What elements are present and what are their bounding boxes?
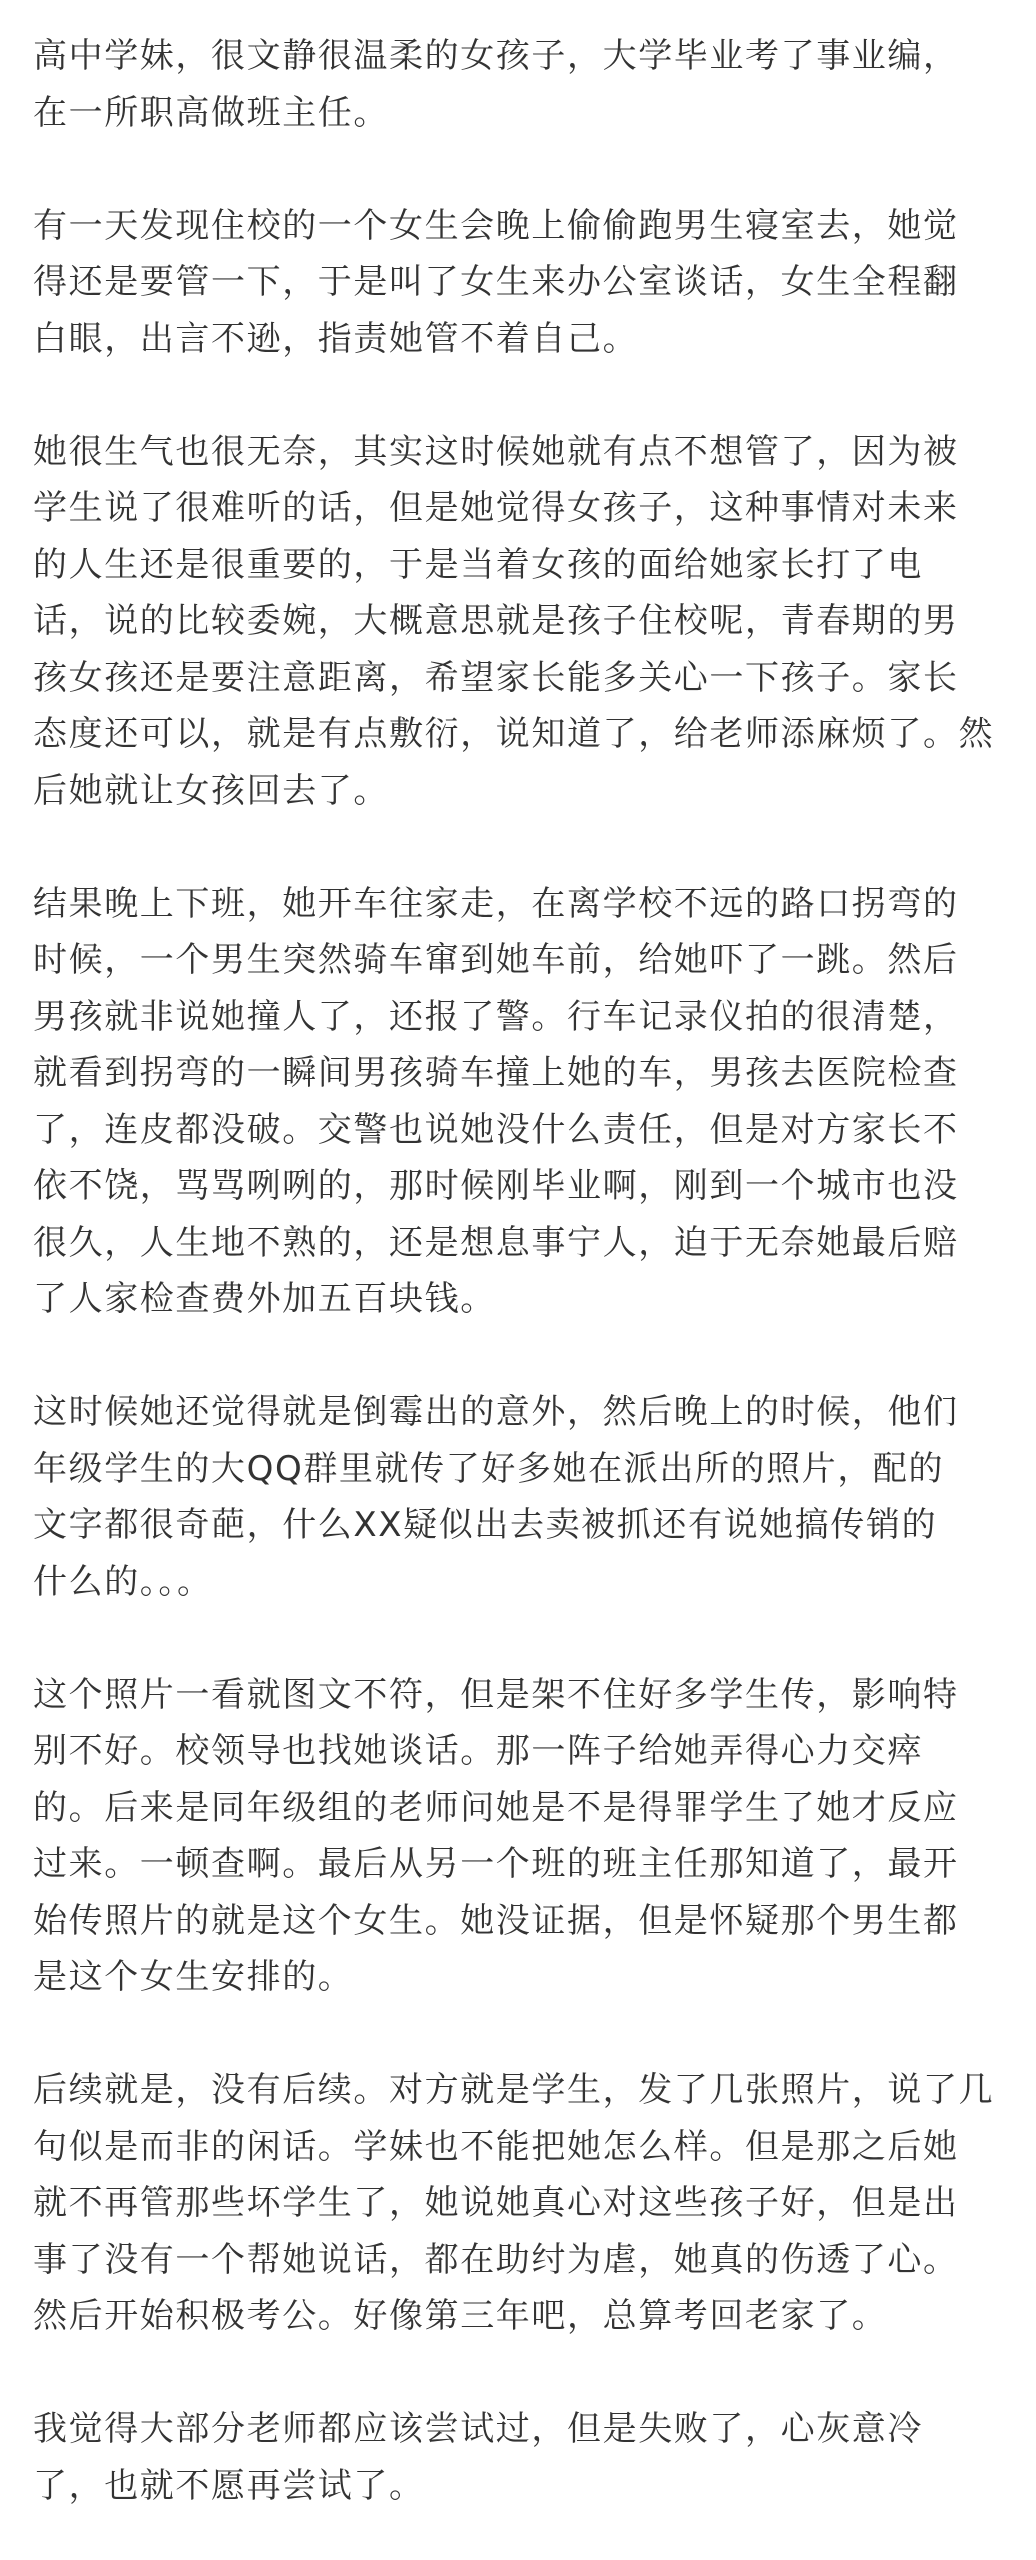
text-line: 话，说的比较委婉，大概意思就是孩子住校呢，青春期的男	[33, 593, 1023, 650]
text-line: 得还是要管一下，于是叫了女生来办公室谈话，女生全程翻	[33, 254, 1023, 311]
text-line: 后续就是，没有后续。对方就是学生，发了几张照片，说了几	[33, 2062, 1023, 2119]
text-line: 就看到拐弯的一瞬间男孩骑车撞上她的车，男孩去医院检查	[33, 1045, 1023, 1102]
text-line: 句似是而非的闲话。学妹也不能把她怎么样。但是那之后她	[33, 2119, 1023, 2176]
text-line: 有一天发现住校的一个女生会晚上偷偷跑男生寝室去，她觉	[33, 198, 1023, 255]
text-line: 就不再管那些坏学生了，她说她真心对这些孩子好，但是出	[33, 2175, 1023, 2232]
paragraph-7: 后续就是，没有后续。对方就是学生，发了几张照片，说了几 句似是而非的闲话。学妹也…	[33, 2062, 1023, 2345]
text-line: 结果晚上下班，她开车往家走，在离学校不远的路口拐弯的	[33, 876, 1023, 933]
paragraph-5: 这时候她还觉得就是倒霉出的意外，然后晚上的时候，他们 年级学生的大QQ群里就传了…	[33, 1384, 1023, 1610]
text-line: 过来。一顿查啊。最后从另一个班的班主任那知道了，最开	[33, 1836, 1023, 1893]
article-body: 高中学妹，很文静很温柔的女孩子，大学毕业考了事业编， 在一所职高做班主任。 有一…	[33, 28, 1023, 2514]
text-line: 文字都很奇葩，什么XX疑似出去卖被抓还有说她搞传销的	[33, 1497, 1023, 1554]
text-line: 时候，一个男生突然骑车窜到她车前，给她吓了一跳。然后	[33, 932, 1023, 989]
text-line: 白眼，出言不逊，指责她管不着自己。	[33, 311, 1023, 368]
text-line: 在一所职高做班主任。	[33, 85, 1023, 142]
text-line: 学生说了很难听的话，但是她觉得女孩子，这种事情对未来	[33, 480, 1023, 537]
text-line: 的。后来是同年级组的老师问她是不是得罪学生了她才反应	[33, 1780, 1023, 1837]
text-line: 别不好。校领导也找她谈话。那一阵子给她弄得心力交瘁	[33, 1723, 1023, 1780]
paragraph-3: 她很生气也很无奈，其实这时候她就有点不想管了，因为被 学生说了很难听的话，但是她…	[33, 424, 1023, 820]
text-line: 的人生还是很重要的，于是当着女孩的面给她家长打了电	[33, 537, 1023, 594]
text-line: 依不饶，骂骂咧咧的，那时候刚毕业啊，刚到一个城市也没	[33, 1158, 1023, 1215]
text-line: 我觉得大部分老师都应该尝试过，但是失败了，心灰意冷	[33, 2401, 1023, 2458]
text-line: 高中学妹，很文静很温柔的女孩子，大学毕业考了事业编，	[33, 28, 1023, 85]
text-line: 态度还可以，就是有点敷衍，说知道了，给老师添麻烦了。然	[33, 706, 1023, 763]
paragraph-4: 结果晚上下班，她开车往家走，在离学校不远的路口拐弯的 时候，一个男生突然骑车窜到…	[33, 876, 1023, 1328]
text-line: 孩女孩还是要注意距离，希望家长能多关心一下孩子。家长	[33, 650, 1023, 707]
paragraph-8: 我觉得大部分老师都应该尝试过，但是失败了，心灰意冷 了，也就不愿再尝试了。	[33, 2401, 1023, 2514]
text-line: 男孩就非说她撞人了，还报了警。行车记录仪拍的很清楚，	[33, 989, 1023, 1046]
text-line: 很久，人生地不熟的，还是想息事宁人，迫于无奈她最后赔	[33, 1215, 1023, 1272]
text-line: 事了没有一个帮她说话，都在助纣为虐，她真的伤透了心。	[33, 2232, 1023, 2289]
text-line: 了，连皮都没破。交警也说她没什么责任，但是对方家长不	[33, 1102, 1023, 1159]
text-line: 这个照片一看就图文不符，但是架不住好多学生传，影响特	[33, 1667, 1023, 1724]
paragraph-2: 有一天发现住校的一个女生会晚上偷偷跑男生寝室去，她觉 得还是要管一下，于是叫了女…	[33, 198, 1023, 368]
text-line: 了，也就不愿再尝试了。	[33, 2458, 1023, 2515]
text-line: 然后开始积极考公。好像第三年吧，总算考回老家了。	[33, 2288, 1023, 2345]
text-line: 年级学生的大QQ群里就传了好多她在派出所的照片，配的	[33, 1441, 1023, 1498]
text-line: 了人家检查费外加五百块钱。	[33, 1271, 1023, 1328]
text-line: 什么的。。。	[33, 1554, 1023, 1611]
paragraph-1: 高中学妹，很文静很温柔的女孩子，大学毕业考了事业编， 在一所职高做班主任。	[33, 28, 1023, 141]
text-line: 后她就让女孩回去了。	[33, 763, 1023, 820]
text-line: 这时候她还觉得就是倒霉出的意外，然后晚上的时候，他们	[33, 1384, 1023, 1441]
text-line: 是这个女生安排的。	[33, 1949, 1023, 2006]
text-line: 她很生气也很无奈，其实这时候她就有点不想管了，因为被	[33, 424, 1023, 481]
text-line: 始传照片的就是这个女生。她没证据，但是怀疑那个男生都	[33, 1893, 1023, 1950]
paragraph-6: 这个照片一看就图文不符，但是架不住好多学生传，影响特 别不好。校领导也找她谈话。…	[33, 1667, 1023, 2006]
